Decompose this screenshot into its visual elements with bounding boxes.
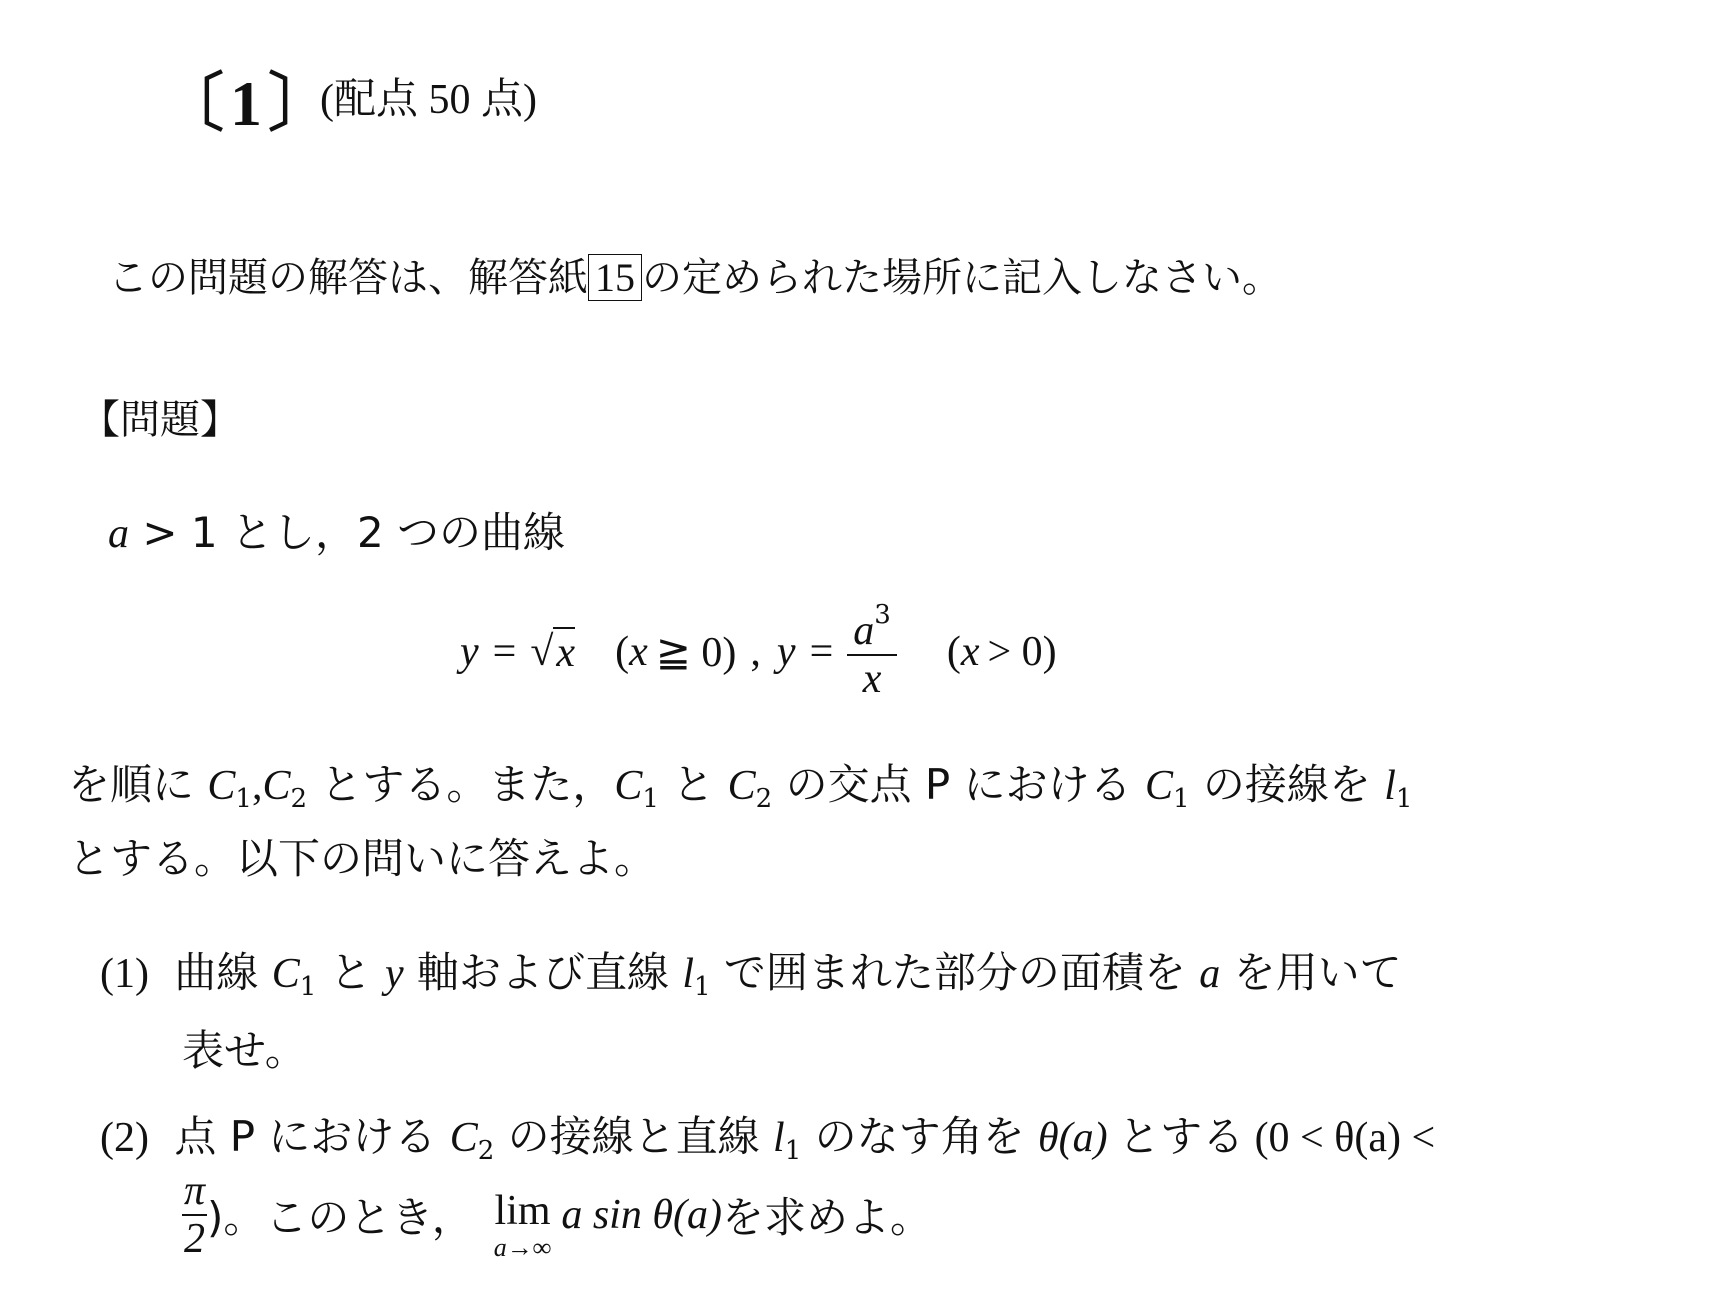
subscript: 2 xyxy=(478,1136,495,1166)
paragraph-line-1: を順に C1,C2 とする。また，C1 と C2 の交点 P における C1 の… xyxy=(68,752,1412,814)
lim-subscript: a→∞ xyxy=(494,1235,552,1261)
subscript: 1 xyxy=(694,972,711,1002)
dom2-rel: > 0) xyxy=(987,628,1056,676)
answer-sheet-box: 15 xyxy=(588,254,642,301)
paragraph-line-2: とする。以下の問いに答えよ。 xyxy=(68,826,656,886)
var-C: C xyxy=(614,763,642,809)
text: とする。また， xyxy=(307,760,614,809)
question-1: (1) 曲線 C1 と y 軸および直線 l1 で囲まれた部分の面積を a を用… xyxy=(100,940,1402,1002)
eq-equals-1: = xyxy=(493,628,517,676)
question-2: (2) 点 P における C2 の接線と直線 l1 のなす角を θ(a) とする… xyxy=(100,1104,1435,1166)
frac-den: 2 xyxy=(182,1216,207,1262)
text: を用いて xyxy=(1220,948,1401,997)
section-title: 【問題】 xyxy=(80,388,240,445)
problem-number: 〔1〕 xyxy=(160,52,332,144)
frac-num: π xyxy=(182,1168,207,1216)
dom2-var: x xyxy=(961,628,980,676)
subscript: 1 xyxy=(642,784,659,814)
intro-text: > 1 とし，2 つの曲線 xyxy=(142,508,565,557)
var-C: C xyxy=(262,763,290,809)
limit: lim a→∞ xyxy=(494,1187,552,1261)
sqrt-arg: x xyxy=(553,627,575,677)
text: )。このとき， xyxy=(207,1185,474,1245)
problem-number-value: 1 xyxy=(224,68,268,139)
var-C: C xyxy=(1145,763,1173,809)
eq-y1: y xyxy=(460,628,479,676)
bracket-open: 〔 xyxy=(160,68,224,139)
fraction-a3-over-x: a3 x xyxy=(847,601,897,702)
text: の交点 P における xyxy=(772,760,1145,809)
eq-equals-2: = xyxy=(810,628,834,676)
var-l: l xyxy=(773,1115,785,1161)
var-a: a xyxy=(108,511,129,557)
frac-num-base: a xyxy=(853,608,874,654)
text: 曲線 xyxy=(174,948,271,997)
instruction-after: の定められた場所に記入しなさい。 xyxy=(642,255,1282,301)
text: と xyxy=(659,760,728,809)
subscript: 2 xyxy=(756,784,773,814)
text: を求めよ。 xyxy=(722,1185,932,1245)
text: の接線と直線 xyxy=(494,1112,773,1161)
lim-label: lim xyxy=(495,1188,551,1234)
question-1-line-2: 表せ。 xyxy=(182,1018,307,1078)
subscript: 1 xyxy=(300,972,317,1002)
dom2-open: ( xyxy=(947,628,961,676)
question-2-line-2: π 2 )。このとき， lim a→∞ a sin θ(a) を求めよ。 xyxy=(182,1168,932,1262)
frac-den: x xyxy=(847,656,897,702)
sqrt-sign: √ xyxy=(530,628,553,676)
fraction-pi-over-2: π 2 xyxy=(182,1168,207,1262)
range-text: とする (0 < θ(a) < xyxy=(1108,1115,1436,1161)
var-C: C xyxy=(728,763,756,809)
eq-y2: y xyxy=(777,628,796,676)
instruction-before: この問題の解答は、解答紙 xyxy=(108,255,588,301)
text: で囲まれた部分の面積を xyxy=(711,948,1200,997)
intro-line: a > 1 とし，2 つの曲線 xyxy=(108,500,565,560)
frac-num-exp: 3 xyxy=(874,600,891,630)
subscript: 1 xyxy=(235,784,252,814)
subscript: 1 xyxy=(1396,784,1413,814)
dom1-rel: ≧ 0) xyxy=(656,627,737,677)
var-l: l xyxy=(682,951,694,997)
subscript: 1 xyxy=(785,1136,802,1166)
points-label: (配点 50 点) xyxy=(320,66,537,126)
display-equation: y = √x (x ≧ 0) , y = a3 x (x > 0) xyxy=(460,592,1057,712)
var-y: y xyxy=(385,951,404,997)
subscript: 1 xyxy=(1173,784,1190,814)
question-label: (1) xyxy=(100,951,149,997)
var-a: a xyxy=(1199,951,1220,997)
instruction: この問題の解答は、解答紙15の定められた場所に記入しなさい。 xyxy=(108,246,1282,303)
limit-expression: a sin θ(a) xyxy=(561,1191,722,1239)
subscript: 2 xyxy=(290,784,307,814)
var-C: C xyxy=(207,763,235,809)
dom1-open: ( xyxy=(615,628,629,676)
text: と xyxy=(316,948,385,997)
text: 点 P における xyxy=(174,1112,449,1161)
question-label: (2) xyxy=(100,1115,149,1161)
text: を順に xyxy=(68,760,207,809)
var-l: l xyxy=(1384,763,1396,809)
text: 軸および直線 xyxy=(404,948,683,997)
comma: , xyxy=(252,763,263,809)
var-C: C xyxy=(272,951,300,997)
theta-a: θ(a) xyxy=(1038,1115,1108,1161)
text: のなす角を xyxy=(801,1112,1038,1161)
text: の接線を xyxy=(1190,760,1385,809)
dom1-var: x xyxy=(629,628,648,676)
eq-sep: , xyxy=(750,628,761,676)
var-C: C xyxy=(450,1115,478,1161)
